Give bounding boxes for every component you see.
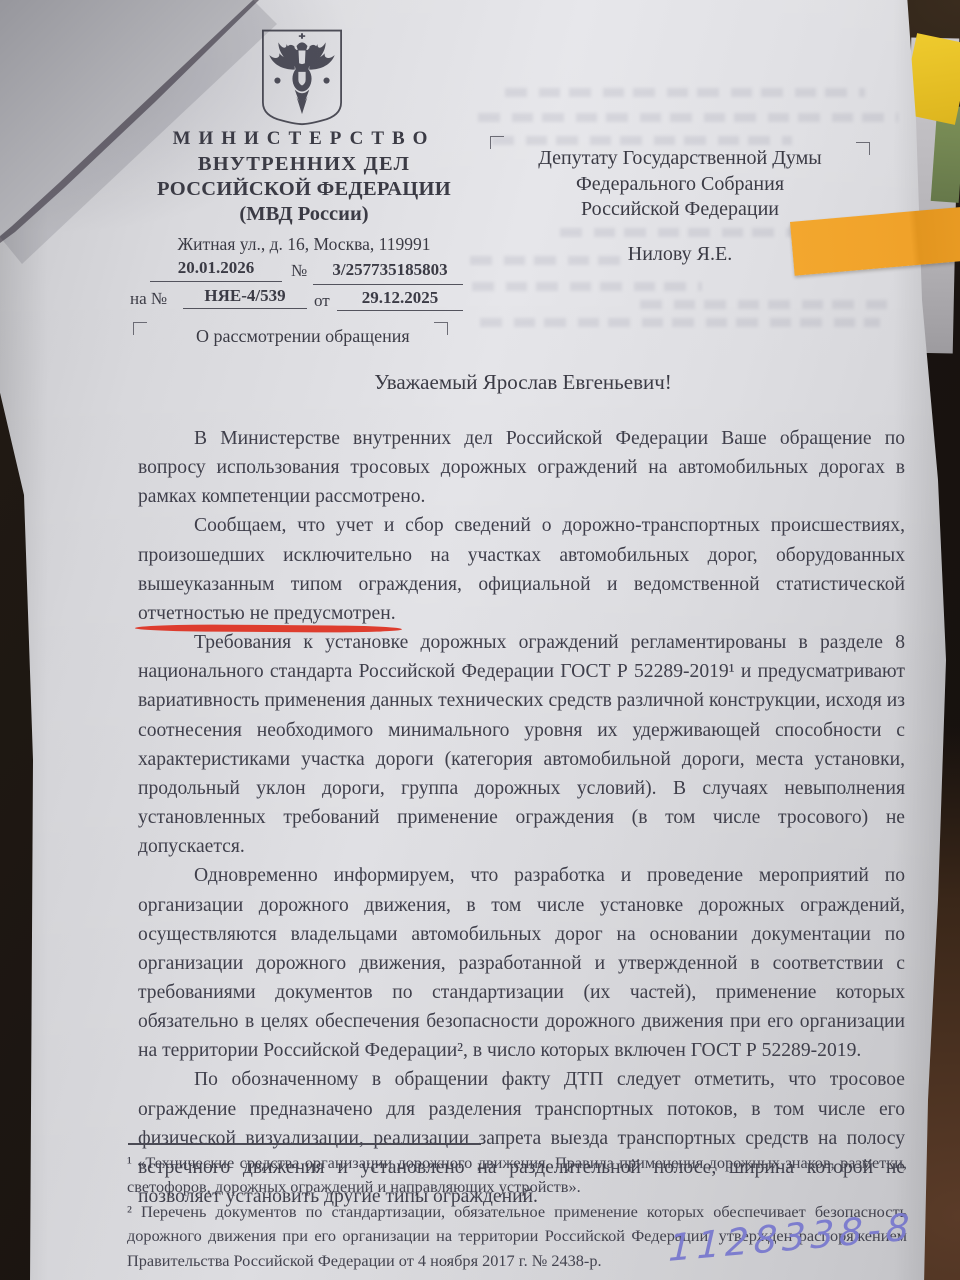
paragraph-2: Сообщаем, что учет и сбор сведений о дор… [138,511,905,628]
date-underline [150,281,282,282]
letter-date: 20.01.2026 [150,258,282,278]
footnote-separator [128,1143,481,1145]
recipient-line1: Депутату Государственной Думы [480,146,880,172]
outgoing-number: 3/257735185803 [315,260,465,280]
from-label: от [314,291,330,311]
coat-of-arms-icon [256,26,348,126]
subject-line: О рассмотрении обращения [196,326,410,347]
footnote-1: ¹ «Технические средства организации доро… [127,1151,907,1200]
salutation: Уважаемый Ярослав Евгеньевич! [140,370,906,395]
number-underline [313,284,463,285]
bleed-through-text [505,88,865,97]
reply-to-number: НЯЕ-4/539 [183,286,307,306]
paragraph-2-text: Сообщаем, что учет и сбор сведений о дор… [138,515,905,594]
reply-date-underline [337,310,463,311]
bleed-through-text [478,113,898,122]
corner-mark-subject-left [133,322,147,335]
ministry-name-line2: ВНУТРЕННИХ ДЕЛ [100,152,508,177]
letterhead-block: МИНИСТЕРСТВО ВНУТРЕННИХ ДЕЛ РОССИЙСКОЙ Ф… [100,126,508,255]
letter-body: В Министерстве внутренних дел Российской… [138,424,905,1211]
recipient-line2: Федерального Собрания [480,172,880,198]
paragraph-4: Одновременно информируем, что разработка… [138,861,905,1065]
bleed-through-text [492,136,792,145]
bleed-through-text [640,300,890,309]
letter-sheet: МИНИСТЕРСТВО ВНУТРЕННИХ ДЕЛ РОССИЙСКОЙ Ф… [0,0,960,1280]
paragraph-1: В Министерстве внутренних дел Российской… [138,424,905,511]
paragraph-3: Требования к установке дорожных огражден… [138,628,905,861]
reply-to-date: 29.12.2025 [337,288,463,308]
reply-to-label: на № [130,289,167,309]
ministry-address: Житная ул., д. 16, Москва, 119991 [100,233,508,255]
corner-mark-subject-right [434,322,448,335]
photo-scene: МИНИСТЕРСТВО ВНУТРЕННИХ ДЕЛ РОССИЙСКОЙ Ф… [0,0,960,1280]
bleed-through-text [480,318,880,327]
bleed-through-text [472,282,702,291]
ministry-short-name: (МВД России) [100,202,508,226]
reply-number-underline [183,308,307,309]
red-underlined-phrase: отчетностью не предусмотрен. [138,603,396,624]
number-sign: № [291,261,307,281]
ministry-name-line3: РОССИЙСКОЙ ФЕДЕРАЦИИ [100,177,508,202]
